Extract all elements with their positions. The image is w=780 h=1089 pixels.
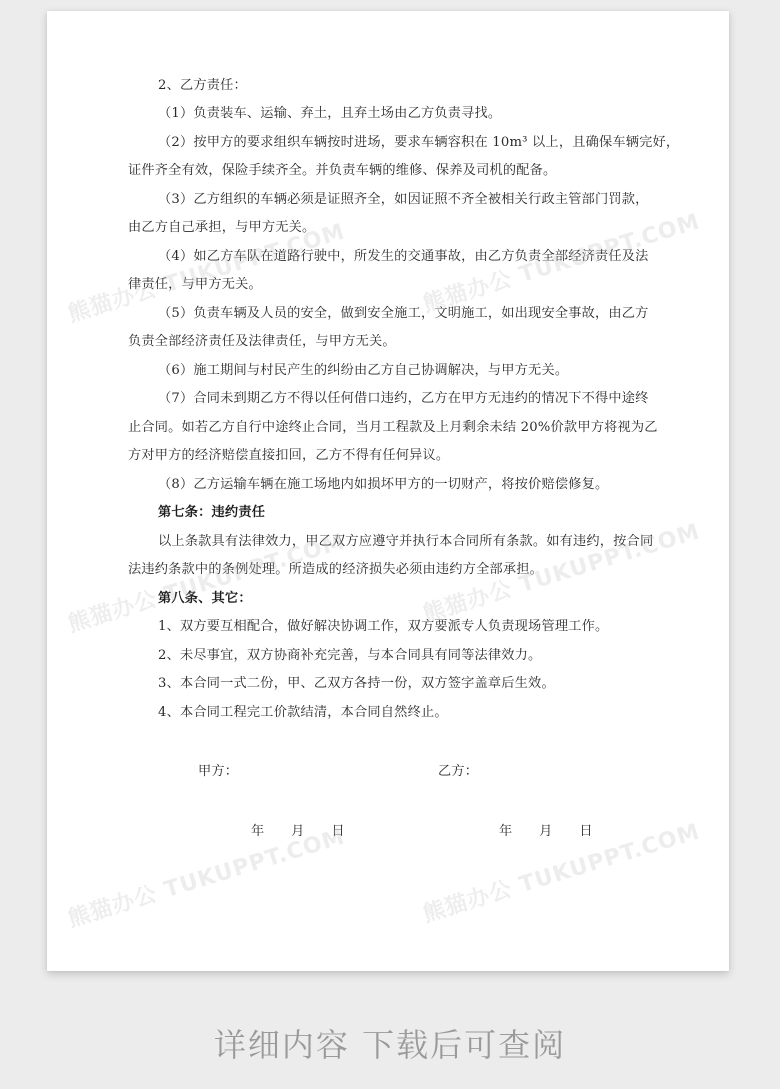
paragraph-line: （7）合同未到期乙方不得以任何借口违约，乙方在甲方无违约的情况下不得中途终 [158,390,649,408]
paragraph-line: 以上条款具有法律效力，甲乙双方应遵守并执行本合同所有条款。如有违约，按合同 [158,533,653,551]
paragraph-line: 由乙方自己承担，与甲方无关。 [128,219,315,237]
paragraph-line: 证件齐全有效，保险手续齐全。并负责车辆的维修、保养及司机的配备。 [128,162,556,180]
party-a-date: 年 月 日 [251,823,345,841]
paragraph-line: 方对甲方的经济赔偿直接扣回，乙方不得有任何异议。 [128,447,449,465]
paragraph-line: （4）如乙方车队在道路行驶中，所发生的交通事故，由乙方负责全部经济责任及法 [158,248,649,266]
paragraph-line: 3、本合同一式二份，甲、乙双方各持一份，双方签字盖章后生效。 [158,675,555,693]
paragraph-line: 负责全部经济责任及法律责任，与甲方无关。 [128,333,396,351]
document-page: 2、乙方责任：（1）负责装车、运输、弃土，且弃土场由乙方负责寻找。（2）按甲方的… [47,11,729,971]
paragraph-line: 2、未尽事宜，双方协商补充完善，与本合同具有同等法律效力。 [158,647,541,665]
paragraph-line: 律责任，与甲方无关。 [128,276,262,294]
section-heading: 第七条：违约责任 [158,504,265,522]
paragraph-line: 4、本合同工程完工价款结清，本合同自然终止。 [158,704,448,722]
party-b-date: 年 月 日 [499,823,593,841]
paragraph-line: 2、乙方责任： [158,77,247,95]
paragraph-line: 法违约条款中的条例处理。所造成的经济损失必须由违约方全部承担。 [128,561,543,579]
party-b-label: 乙方： [438,763,478,781]
paragraph-line: （8）乙方运输车辆在施工场地内如损坏甲方的一切财产，将按价赔偿修复。 [158,476,608,494]
paragraph-line: （3）乙方组织的车辆必须是证照齐全，如因证照不齐全被相关行政主管部门罚款， [158,191,649,209]
paragraph-line: 1、双方要互相配合，做好解决协调工作，双方要派专人负责现场管理工作。 [158,618,608,636]
download-hint: 详细内容 下载后可查阅 [0,1020,780,1066]
section-heading: 第八条、其它： [158,590,252,608]
paragraph-line: （6）施工期间与村民产生的纠纷由乙方自己协调解决，与甲方无关。 [158,362,568,380]
paragraph-line: （2）按甲方的要求组织车辆按时进场，要求车辆容积在 10m³ 以上，且确保车辆完… [158,134,679,152]
party-a-label: 甲方： [198,763,238,781]
paragraph-line: （1）负责装车、运输、弃土，且弃土场由乙方负责寻找。 [158,105,501,123]
paragraph-line: （5）负责车辆及人员的安全，做到安全施工，文明施工，如出现安全事故，由乙方 [158,305,649,323]
paragraph-line: 止合同。如若乙方自行中途终止合同，当月工程款及上月剩余未结 20%价款甲方将视为… [128,419,658,437]
